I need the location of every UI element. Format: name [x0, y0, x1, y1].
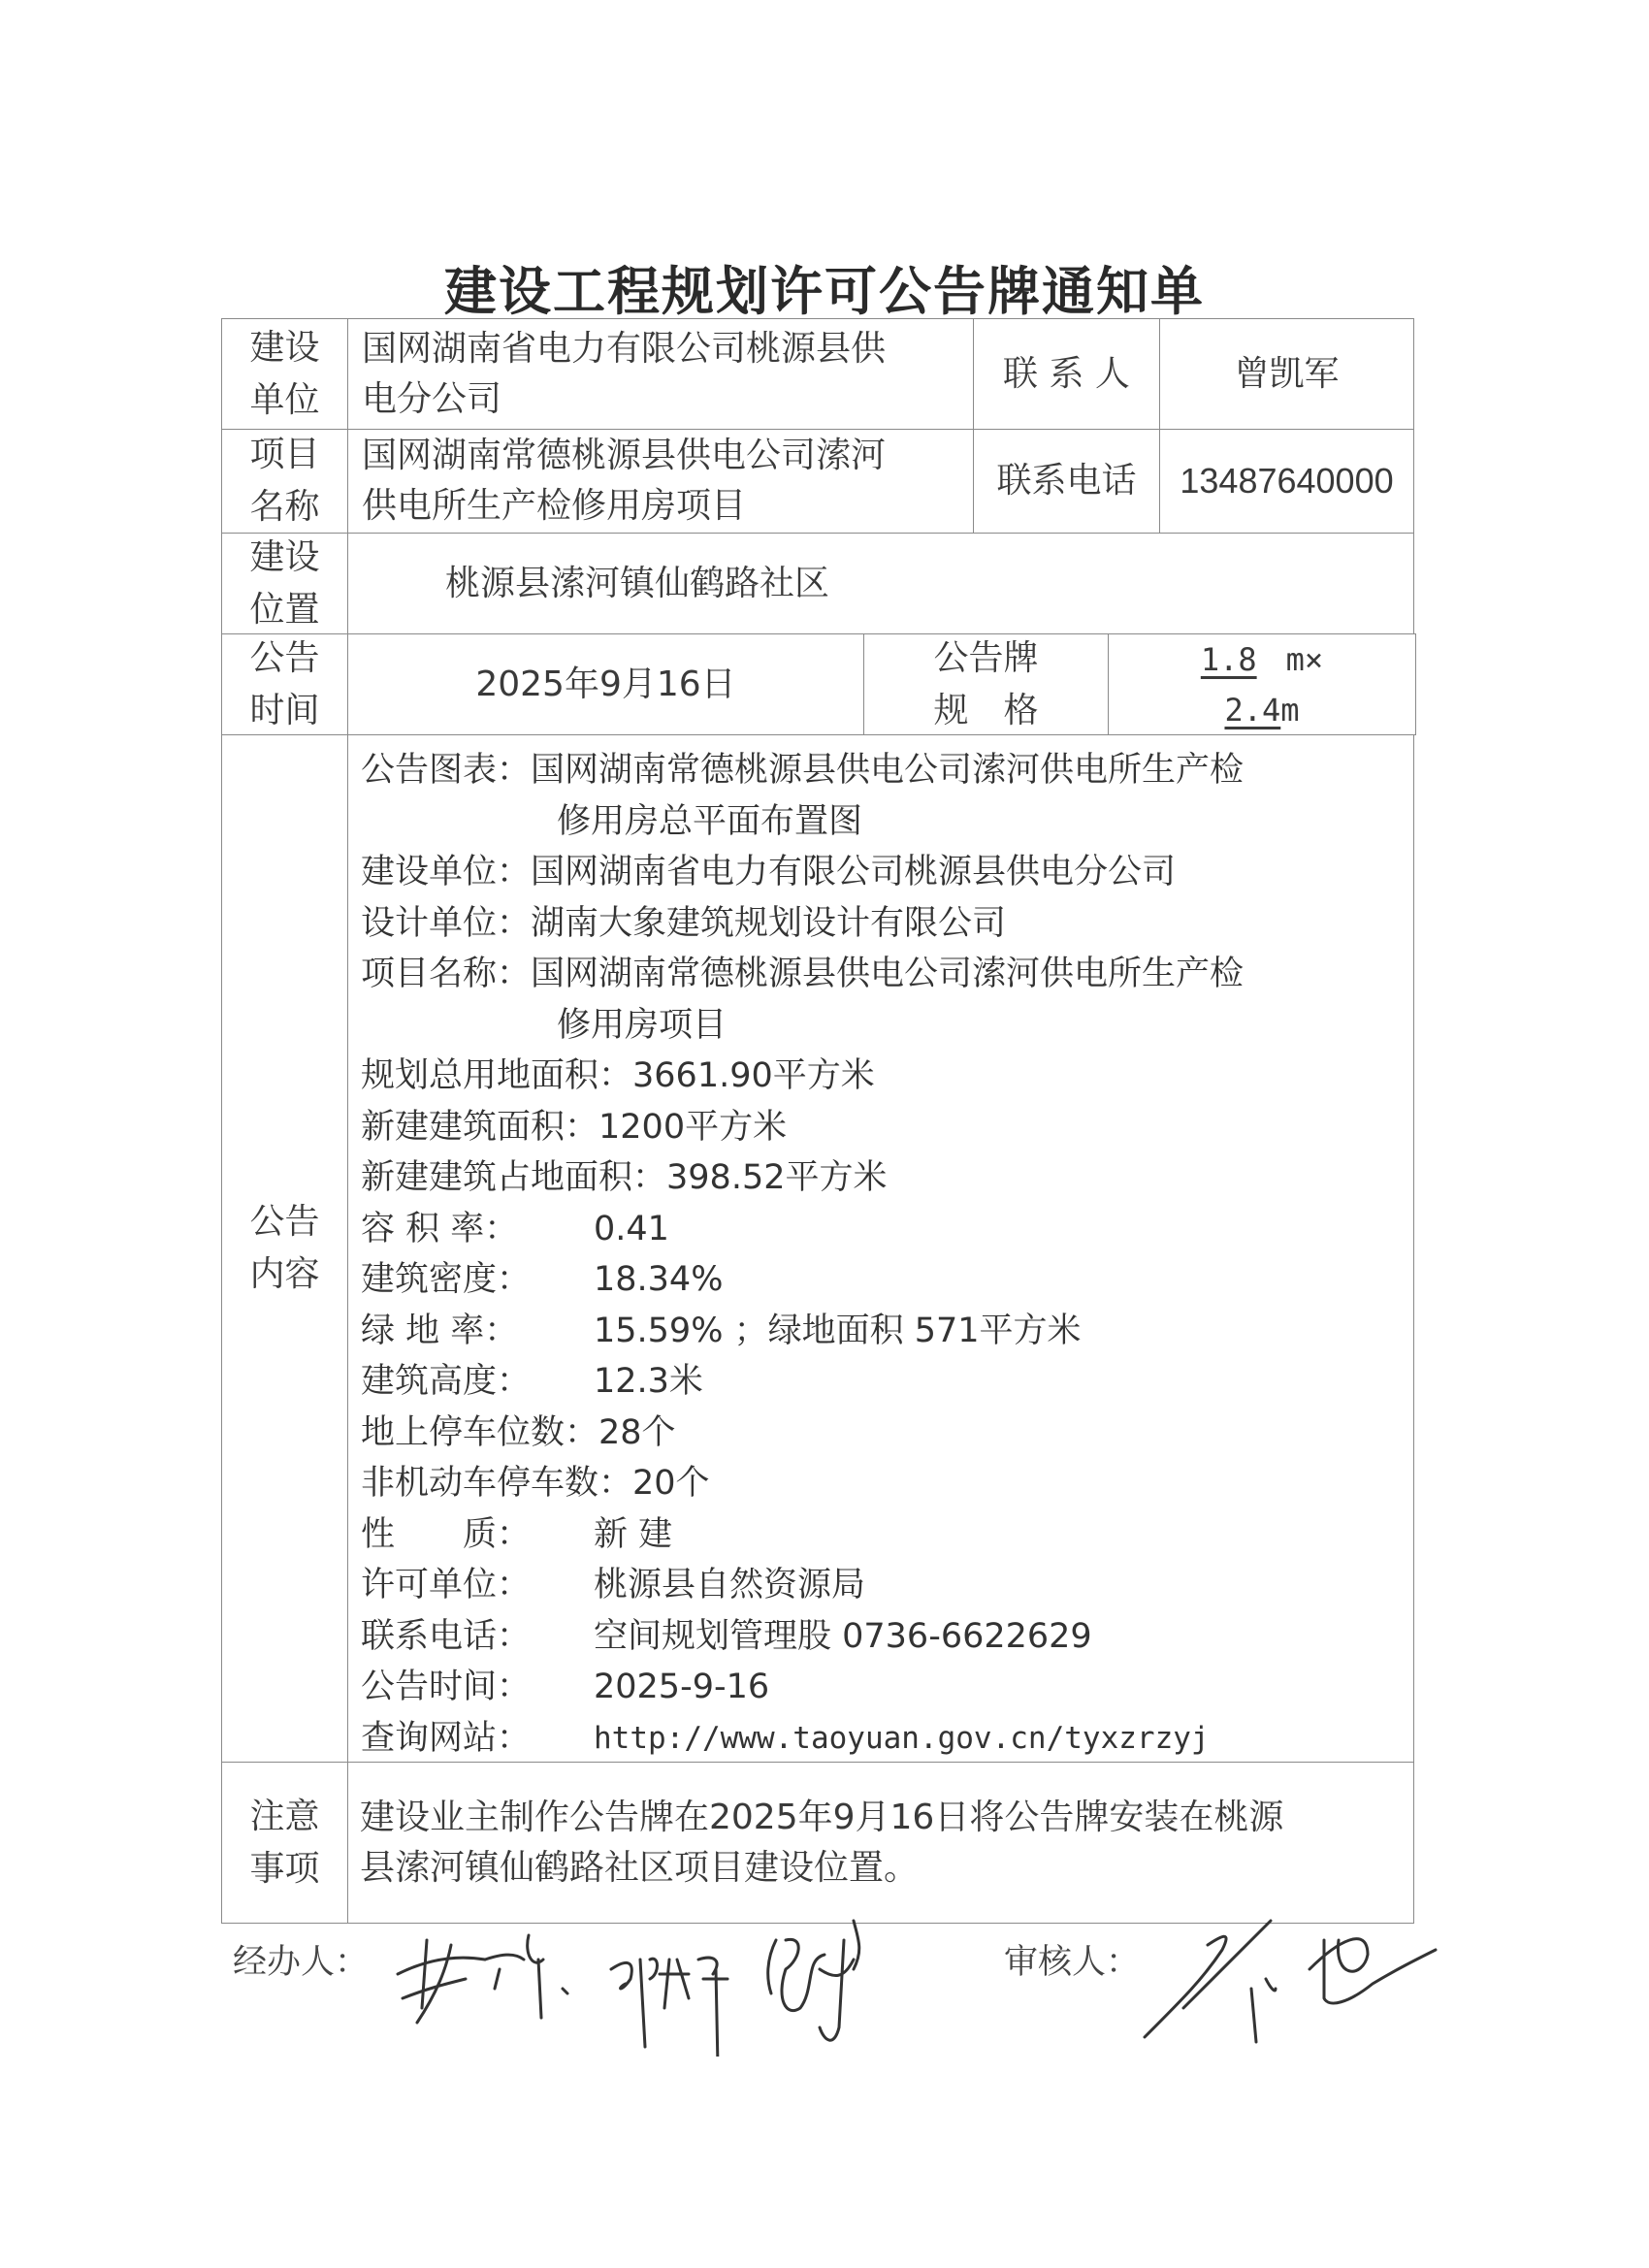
announce-time-label: 公告 时间 — [221, 633, 348, 735]
notes-label: 注意 事项 — [221, 1762, 348, 1924]
contact-person-label: 联 系 人 — [973, 318, 1160, 430]
sign-size-value: 1.8m× 2.4m — [1108, 633, 1416, 735]
handler-signature — [369, 1901, 999, 2057]
build-unit-label: 建设 单位 — [221, 318, 348, 430]
reviewer-signature — [1115, 1901, 1484, 2057]
announce-content-list: 公告图表：国网湖南常德桃源县供电公司溹河供电所生产检 修用房总平面布置图 建设单… — [361, 745, 1244, 1764]
website-link[interactable]: http://www.taoyuan.gov.cn/tyxzrzyj — [594, 1713, 1210, 1765]
content-item-announce-date: 公告时间：2025-9-16 — [361, 1662, 1244, 1713]
sign-size-label: 公告牌 规 格 — [863, 633, 1109, 735]
content-item-bike-parking: 非机动车停车数：20个 — [361, 1458, 1244, 1509]
contact-person-value: 曾凯军 — [1159, 318, 1414, 430]
contact-phone-label: 联系电话 — [973, 429, 1160, 534]
content-item-land-area: 规划总用地面积：3661.90平方米 — [361, 1051, 1244, 1102]
content-item-project-name: 项目名称：国网湖南常德桃源县供电公司溹河供电所生产检 — [361, 949, 1244, 1000]
content-item-nature: 性 质：新 建 — [361, 1509, 1244, 1561]
content-item-phone: 联系电话：空间规划管理股 0736-6622629 — [361, 1611, 1244, 1663]
announce-content-label: 公告 内容 — [221, 734, 348, 1763]
notes-value: 建设业主制作公告牌在2025年9月16日将公告牌安装在桃源 县溹河镇仙鹤路社区项… — [347, 1762, 1414, 1924]
content-item-green-ratio: 绿 地 率：15.59% ；绿地面积 571平方米 — [361, 1306, 1244, 1357]
content-item-density: 建筑密度：18.34% — [361, 1254, 1244, 1306]
content-item-permit-unit: 许可单位：桃源县自然资源局 — [361, 1560, 1244, 1611]
contact-phone-value: 13487640000 — [1159, 429, 1414, 534]
content-item-height: 建筑高度：12.3米 — [361, 1356, 1244, 1408]
content-item-website: 查询网站：http://www.taoyuan.gov.cn/tyxzrzyj — [361, 1713, 1244, 1765]
build-location-value: 桃源县溹河镇仙鹤路社区 — [347, 533, 1414, 634]
build-unit-value: 国网湖南省电力有限公司桃源县供 电分公司 — [347, 318, 974, 430]
content-item-build-unit: 建设单位：国网湖南省电力有限公司桃源县供电分公司 — [361, 847, 1244, 898]
handler-label: 经办人： — [233, 1935, 369, 1984]
build-location-label: 建设 位置 — [221, 533, 348, 634]
content-item-chart: 公告图表：国网湖南常德桃源县供电公司溹河供电所生产检 — [361, 745, 1244, 796]
sign-height: 2.4 — [1224, 692, 1280, 729]
project-name-value: 国网湖南常德桃源县供电公司溹河 供电所生产检修用房项目 — [347, 429, 974, 534]
content-item-floor-area: 新建建筑面积：1200平方米 — [361, 1102, 1244, 1153]
content-item-design-unit: 设计单位：湖南大象建筑规划设计有限公司 — [361, 898, 1244, 950]
announce-time-value: 2025年9月16日 — [347, 633, 864, 735]
content-item-far: 容 积 率：0.41 — [361, 1204, 1244, 1255]
document-title: 建设工程规划许可公告牌通知单 — [0, 250, 1649, 325]
content-item-footprint: 新建建筑占地面积：398.52平方米 — [361, 1152, 1244, 1204]
project-name-label: 项目 名称 — [221, 429, 348, 534]
sign-width: 1.8 — [1201, 641, 1286, 678]
content-item-parking: 地上停车位数：28个 — [361, 1408, 1244, 1459]
